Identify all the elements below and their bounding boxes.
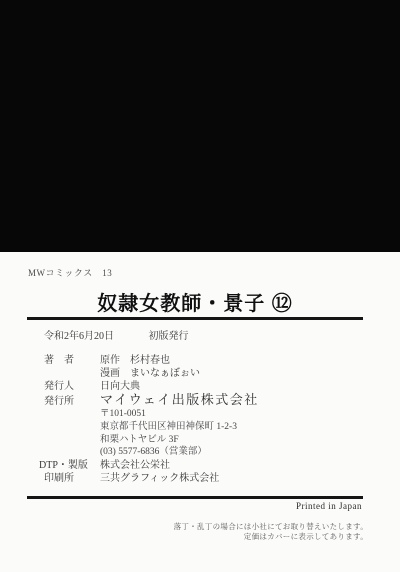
phone-row: (03) 5577-6836（営業部）	[44, 446, 364, 459]
dtp-row: DTP・製版 株式会社公栄社	[39, 459, 364, 472]
footnote-returns: 落丁・乱丁の場合には小社にてお取り替えいたします。	[174, 522, 368, 532]
row-label: 発行所	[44, 395, 100, 408]
row-label: DTP・製版	[39, 459, 100, 472]
edition-label: 初版発行	[149, 331, 189, 342]
artist-row: 漫画 まいなぁぼぉい	[44, 367, 364, 380]
edition-date-line: 令和2年6月20日 初版発行	[44, 330, 364, 343]
printer-row: 印刷所 三共グラフィック株式会社	[44, 472, 364, 485]
footer-notes: 落丁・乱丁の場合には小社にてお取り替えいたします。 定価はカバーに表示してありま…	[174, 522, 368, 541]
colophon-page: MWコミックス 13 奴隷女教師・景子 ⑫ 令和2年6月20日 初版発行 著 者…	[0, 0, 400, 572]
book-title: 奴隷女教師・景子 ⑫	[28, 287, 362, 316]
colophon-block: 令和2年6月20日 初版発行 著 者 原作 杉村春也 漫画 まいなぁぼぉい 発行…	[44, 330, 364, 485]
row-value: マイウェイ出版株式会社	[100, 393, 259, 407]
top-black-band	[0, 0, 400, 252]
printed-in-japan-label: Printed in Japan	[296, 501, 362, 511]
building-row: 和栗ハトヤビル 3F	[44, 434, 364, 447]
address-row: 東京都千代田区神田神保町 1-2-3	[44, 421, 364, 434]
postal-code-row: 〒101-0051	[44, 408, 364, 421]
footer-rule	[27, 496, 363, 499]
publication-date: 令和2年6月20日	[44, 331, 114, 342]
title-underline	[27, 317, 363, 320]
row-value: 三共グラフィック株式会社	[100, 472, 219, 485]
row-value: 〒101-0051	[100, 408, 146, 421]
row-label: 著 者	[44, 354, 100, 367]
series-label: MWコミックス 13	[28, 266, 112, 279]
author-row: 著 者 原作 杉村春也	[44, 354, 364, 367]
footnote-price: 定価はカバーに表示してあります。	[174, 532, 368, 542]
row-label: 発行人	[44, 380, 100, 393]
row-value: 株式会社公栄社	[100, 459, 170, 472]
row-value: 原作 杉村春也	[100, 354, 170, 367]
publisher-company-row: 発行所 マイウェイ出版株式会社	[44, 393, 364, 408]
row-value: (03) 5577-6836（営業部）	[100, 446, 207, 459]
row-value: 和栗ハトヤビル 3F	[100, 434, 179, 447]
row-label: 印刷所	[44, 472, 100, 485]
row-value: 東京都千代田区神田神保町 1-2-3	[100, 421, 237, 434]
row-value: 漫画 まいなぁぼぉい	[100, 367, 200, 380]
